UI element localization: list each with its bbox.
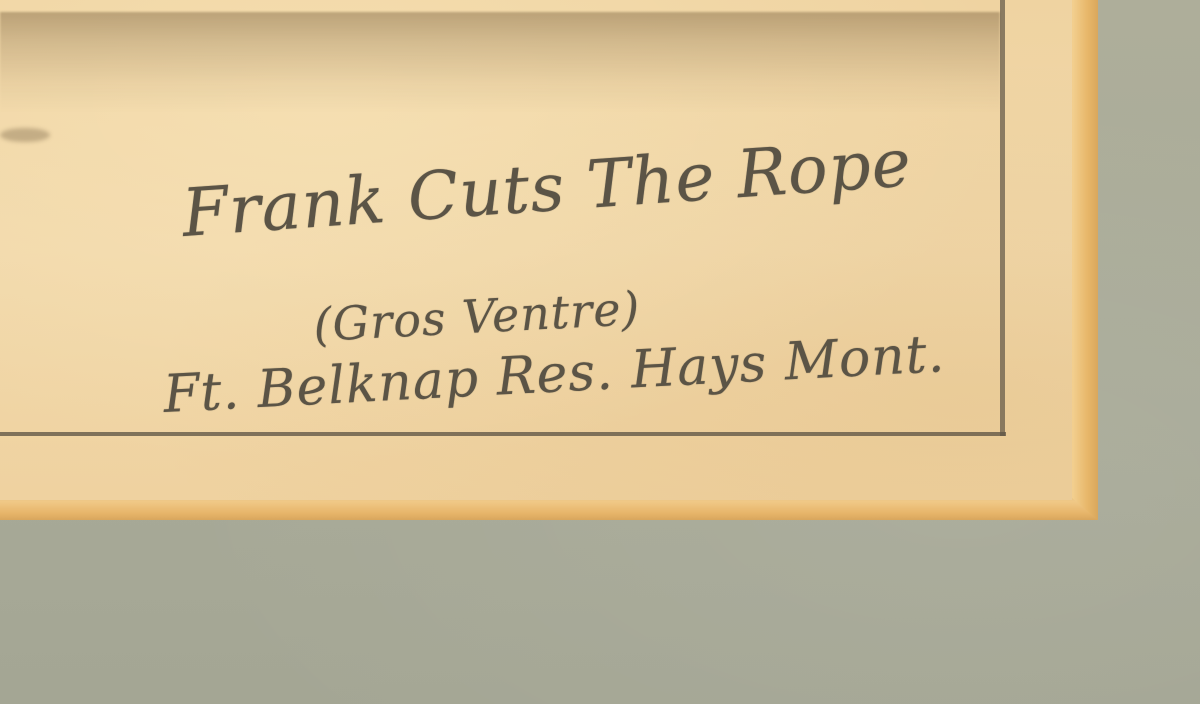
drawn-frame-right-line: [1000, 0, 1005, 436]
inscription-title: Frank Cuts The Rope: [180, 124, 914, 252]
paper-sheet: Frank Cuts The Rope (Gros Ventre) Ft. Be…: [0, 0, 1072, 500]
drawn-frame-bottom-line: [0, 432, 1006, 436]
inscription-tribe: (Gros Ventre): [312, 281, 641, 352]
pencil-mark: [0, 128, 50, 142]
pencil-shaded-ground: [0, 12, 1000, 112]
